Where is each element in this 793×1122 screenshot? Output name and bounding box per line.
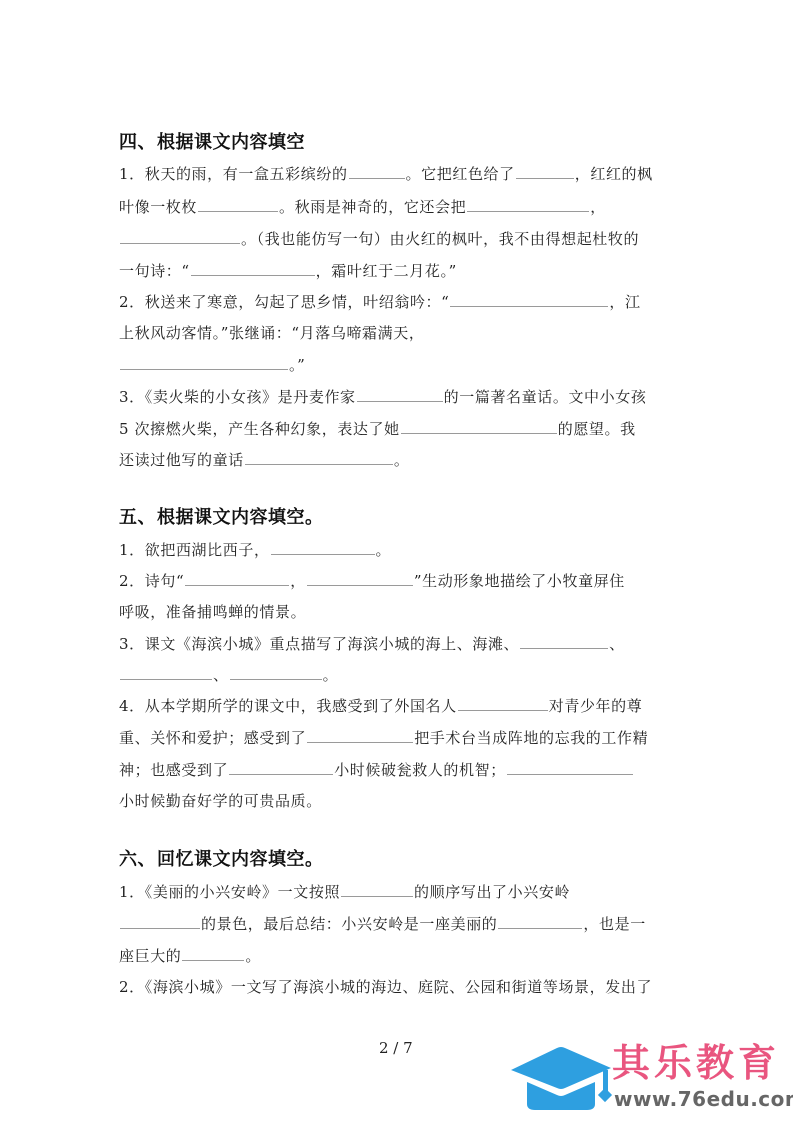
text-segment: ，江 — [609, 293, 640, 311]
section-number: 五、 — [119, 503, 157, 529]
text-segment: 的景色，最后总结：小兴安岭是一座美丽的 — [201, 915, 497, 933]
document-page: 四、根据课文内容填空 1．秋天的雨，有一盒五彩缤纷的。它把红色给了，红红的枫 叶… — [0, 0, 793, 1122]
answer-blank[interactable] — [516, 164, 574, 179]
answer-blank[interactable] — [349, 164, 405, 179]
section-number: 四、 — [119, 128, 157, 154]
brand-name: 其乐教育 — [612, 1042, 780, 1084]
answer-blank[interactable] — [520, 634, 608, 649]
text-segment: 的顺序写出了小兴安岭 — [414, 883, 570, 901]
question-line: 神；也感受到了小时候破瓮救人的机智； — [119, 760, 634, 780]
question-line: 1．秋天的雨，有一盒五彩缤纷的。它把红色给了，红红的枫 — [119, 164, 653, 184]
section-heading-6: 六、回忆课文内容填空。 — [119, 845, 324, 871]
answer-blank[interactable] — [230, 665, 322, 680]
answer-blank[interactable] — [341, 882, 413, 897]
brand-url: www.76edu.com — [614, 1087, 793, 1111]
question-line: 重、关怀和爱护；感受到了把手术台当成阵地的忘我的工作精 — [119, 728, 648, 748]
text-segment: 。（我也能仿写一句）由火红的枫叶，我不由得想起杜牧的 — [241, 230, 639, 248]
question-line: 小时候勤奋好学的可贵品质。 — [119, 791, 322, 811]
answer-blank[interactable] — [458, 696, 548, 711]
section-title: 根据课文内容填空。 — [157, 507, 324, 528]
text-segment: 呼吸，准备捕鸣蝉的情景。 — [119, 603, 306, 621]
answer-blank[interactable] — [498, 914, 582, 929]
answer-blank[interactable] — [307, 728, 413, 743]
text-segment: 1．欲把西湖比西子， — [119, 541, 270, 559]
question-line: 2．诗句“，”生动形象地描绘了小牧童屏住 — [119, 571, 625, 591]
question-line: 一句诗：“，霜叶红于二月花。” — [119, 261, 457, 281]
text-segment: 2．《海滨小城》一文写了海滨小城的海边、庭院、公园和街道等场景，发出了 — [119, 978, 652, 996]
question-line: 。” — [119, 355, 305, 375]
text-segment: 。 — [245, 947, 261, 965]
text-segment: 、 — [609, 635, 625, 653]
text-segment: 还读过他写的童话 — [119, 451, 244, 469]
text-segment: 。” — [289, 356, 305, 374]
question-line: 3．《卖火柴的小女孩》是丹麦作家的一篇著名童话。文中小女孩 — [119, 387, 646, 407]
text-segment: 5 次擦燃火柴，产生各种幻象，表达了她 — [119, 420, 400, 438]
answer-blank[interactable] — [357, 387, 443, 402]
text-segment: 的愿望。我 — [558, 420, 636, 438]
text-segment: ”生动形象地描绘了小牧童屏住 — [414, 572, 625, 590]
text-segment: 、 — [213, 666, 229, 684]
answer-blank[interactable] — [307, 571, 413, 586]
text-segment: 神；也感受到了 — [119, 761, 228, 779]
text-segment: ，也是一 — [583, 915, 645, 933]
text-segment: 把手术台当成阵地的忘我的工作精 — [414, 729, 648, 747]
text-segment: 的一篇著名童话。文中小女孩 — [444, 388, 647, 406]
text-segment: 3．课文《海滨小城》重点描写了海滨小城的海上、海滩、 — [119, 635, 519, 653]
text-segment: 一句诗：“ — [119, 262, 190, 280]
text-segment: 上秋风动客情。”张继诵：“月落乌啼霜满天， — [119, 324, 424, 342]
text-segment: ， — [590, 198, 606, 216]
answer-blank[interactable] — [120, 665, 212, 680]
section-heading-4: 四、根据课文内容填空 — [119, 128, 305, 154]
text-segment: ，霜叶红于二月花。” — [316, 262, 457, 280]
section-title: 根据课文内容填空 — [157, 132, 305, 153]
text-segment: 座巨大的 — [119, 947, 181, 965]
question-line: 。（我也能仿写一句）由火红的枫叶，我不由得想起杜牧的 — [119, 229, 639, 249]
answer-blank[interactable] — [182, 946, 244, 961]
section-number: 六、 — [119, 845, 157, 871]
text-segment: 小时候破瓮救人的机智； — [334, 761, 506, 779]
question-line: 叶像一枚枚。秋雨是神奇的，它还会把， — [119, 197, 606, 217]
question-line: 上秋风动客情。”张继诵：“月落乌啼霜满天， — [119, 323, 424, 343]
answer-blank[interactable] — [229, 760, 333, 775]
question-line: 3．课文《海滨小城》重点描写了海滨小城的海上、海滩、、 — [119, 634, 625, 654]
text-segment: ，红红的枫 — [575, 165, 653, 183]
answer-blank[interactable] — [245, 450, 393, 465]
answer-blank[interactable] — [271, 540, 375, 555]
text-segment: 小时候勤奋好学的可贵品质。 — [119, 792, 322, 810]
text-segment: ， — [290, 572, 306, 590]
question-line: 2．《海滨小城》一文写了海滨小城的海边、庭院、公园和街道等场景，发出了 — [119, 977, 652, 997]
question-line: 还读过他写的童话。 — [119, 450, 409, 470]
question-line: 的景色，最后总结：小兴安岭是一座美丽的，也是一 — [119, 914, 646, 934]
text-segment: 4．从本学期所学的课文中，我感受到了外国名人 — [119, 697, 457, 715]
text-segment: 。 — [376, 541, 392, 559]
text-segment: 叶像一枚枚 — [119, 198, 197, 216]
answer-blank[interactable] — [191, 261, 315, 276]
section-heading-5: 五、根据课文内容填空。 — [119, 503, 324, 529]
answer-blank[interactable] — [467, 197, 589, 212]
text-segment: 2．诗句“ — [119, 572, 184, 590]
answer-blank[interactable] — [450, 292, 608, 307]
text-segment: 2．秋送来了寒意，勾起了思乡情，叶绍翁吟：“ — [119, 293, 449, 311]
page-number: 2 / 7 — [379, 1039, 413, 1057]
text-segment: 。秋雨是神奇的，它还会把 — [279, 198, 466, 216]
question-line: 4．从本学期所学的课文中，我感受到了外国名人对青少年的尊 — [119, 696, 642, 716]
question-line: 1．欲把西湖比西子，。 — [119, 540, 391, 560]
text-segment: 。它把红色给了 — [406, 165, 515, 183]
text-segment: 对青少年的尊 — [549, 697, 643, 715]
answer-blank[interactable] — [120, 355, 288, 370]
section-title: 回忆课文内容填空。 — [157, 849, 324, 870]
question-line: 2．秋送来了寒意，勾起了思乡情，叶绍翁吟：“，江 — [119, 292, 641, 312]
question-line: 1．《美丽的小兴安岭》一文按照的顺序写出了小兴安岭 — [119, 882, 570, 902]
answer-blank[interactable] — [198, 197, 278, 212]
question-line: 呼吸，准备捕鸣蝉的情景。 — [119, 602, 306, 622]
question-line: 5 次擦燃火柴，产生各种幻象，表达了她的愿望。我 — [119, 419, 636, 439]
text-segment: 1．秋天的雨，有一盒五彩缤纷的 — [119, 165, 348, 183]
answer-blank[interactable] — [401, 419, 557, 434]
text-segment: 。 — [394, 451, 410, 469]
text-segment: 。 — [323, 666, 339, 684]
text-segment: 1．《美丽的小兴安岭》一文按照 — [119, 883, 340, 901]
question-line: 座巨大的。 — [119, 946, 261, 966]
answer-blank[interactable] — [120, 229, 240, 244]
question-line: 、。 — [119, 665, 338, 685]
answer-blank[interactable] — [507, 760, 633, 775]
answer-blank[interactable] — [120, 914, 200, 929]
text-segment: 3．《卖火柴的小女孩》是丹麦作家 — [119, 388, 356, 406]
text-segment: 重、关怀和爱护；感受到了 — [119, 729, 306, 747]
answer-blank[interactable] — [185, 571, 289, 586]
